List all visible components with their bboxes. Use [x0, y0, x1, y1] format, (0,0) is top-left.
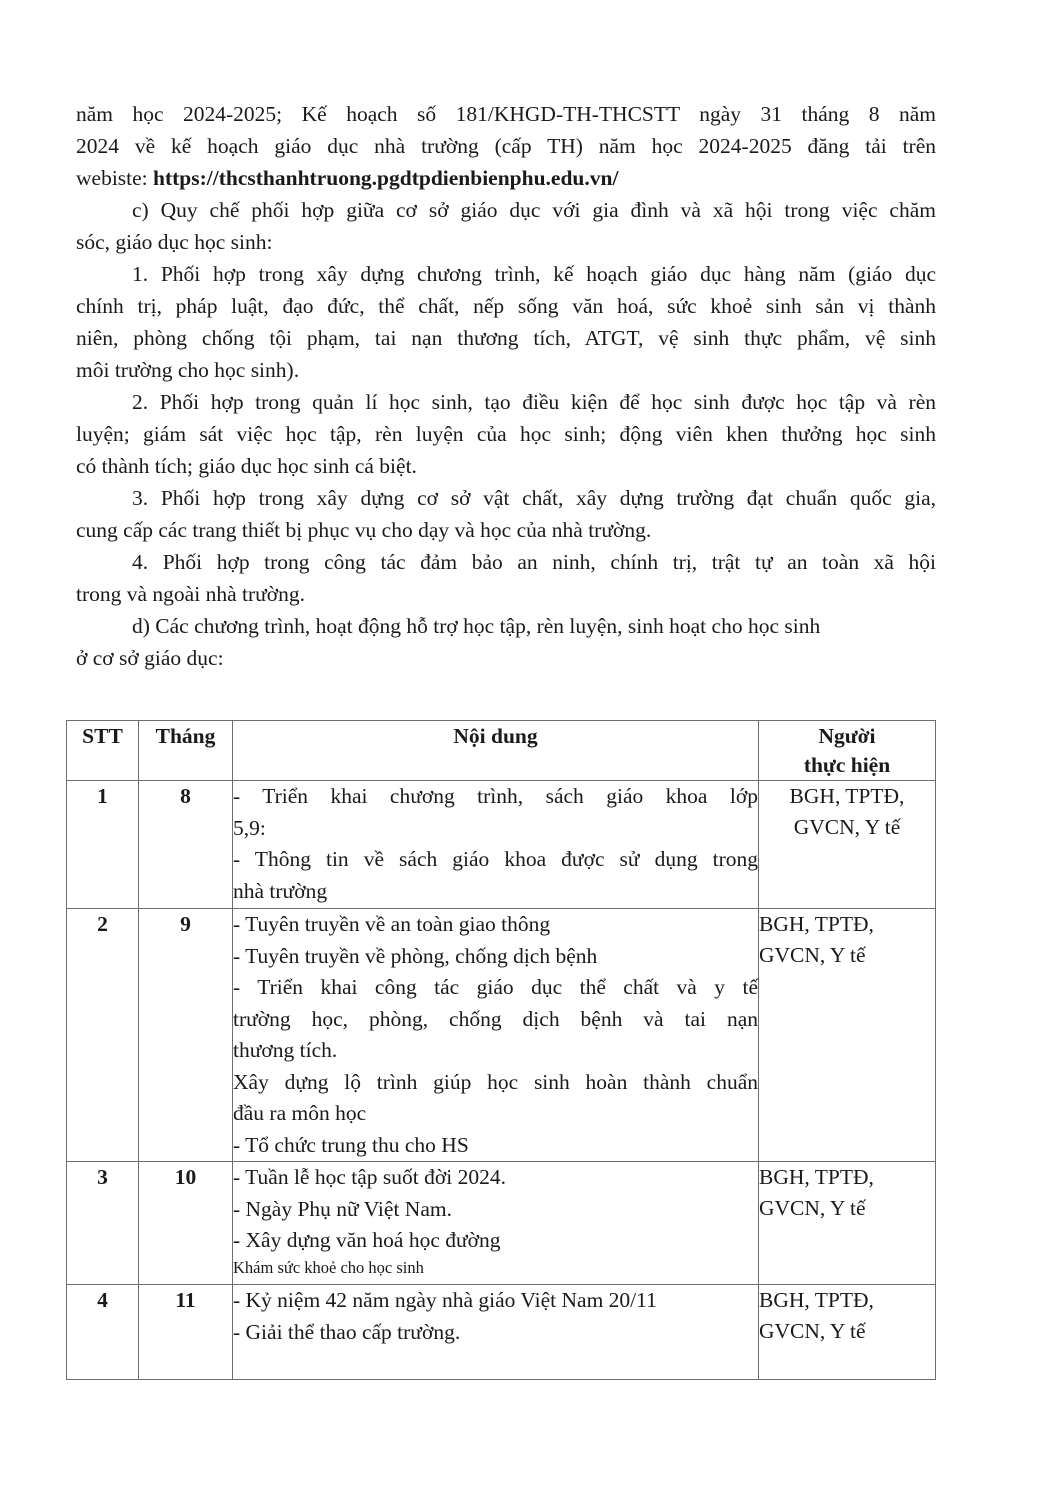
cell-month: 8 — [139, 781, 233, 909]
content-line: - Tổ chức trung thu cho HS — [233, 1130, 758, 1162]
intro-line-2: 2024 về kế hoạch giáo dục nhà trường (cấ… — [76, 130, 936, 162]
cell-owner: BGH, TPTĐ, GVCN, Y tế — [759, 909, 936, 1162]
cell-content: - Triển khai chương trình, sách giáo kho… — [233, 781, 759, 909]
body-text: năm học 2024-2025; Kế hoạch số 181/KHGD-… — [76, 98, 936, 674]
owner-line: GVCN, Y tế — [759, 1193, 935, 1224]
content-line: - Tuần lễ học tập suốt đời 2024. — [233, 1162, 758, 1194]
content-line: - Xây dựng văn hoá học đường — [233, 1225, 758, 1257]
content-line: - Giải thể thao cấp trường. — [233, 1317, 758, 1349]
item-2-line-1: 2. Phối hợp trong quản lí học sinh, tạo … — [76, 386, 936, 418]
content-line: 5,9: — [233, 813, 758, 845]
content-line: - Ngày Phụ nữ Việt Nam. — [233, 1194, 758, 1226]
item-4-line-1: 4. Phối hợp trong công tác đảm bảo an ni… — [76, 546, 936, 578]
table-row: 3 10 - Tuần lễ học tập suốt đời 2024. - … — [67, 1162, 936, 1285]
content-line: - Triển khai công tác giáo dục thể chất … — [233, 972, 758, 1004]
website-label: webiste: — [76, 166, 153, 190]
website-link[interactable]: https://thcsthanhtruong.pgdtpdienbienphu… — [153, 166, 618, 190]
owner-line: GVCN, Y tế — [759, 940, 935, 971]
owner-line: GVCN, Y tế — [759, 812, 935, 843]
item-1-line-3: niên, phòng chống tội phạm, tai nạn thươ… — [76, 322, 936, 354]
item-2-line-2: luyện; giám sát việc học tập, rèn luyện … — [76, 418, 936, 450]
header-owner: Người thực hiện — [759, 721, 936, 781]
cell-stt: 1 — [67, 781, 139, 909]
cell-owner: BGH, TPTĐ, GVCN, Y tế — [759, 1162, 936, 1285]
owner-line: BGH, TPTĐ, — [759, 1285, 935, 1316]
content-line: - Triển khai chương trình, sách giáo kho… — [233, 781, 758, 813]
cell-owner: BGH, TPTĐ, GVCN, Y tế — [759, 781, 936, 909]
activities-table: STT Tháng Nội dung Người thực hiện 1 8 -… — [66, 720, 936, 1380]
cell-content: - Tuần lễ học tập suốt đời 2024. - Ngày … — [233, 1162, 759, 1285]
content-line: trường học, phòng, chống dịch bệnh và ta… — [233, 1004, 758, 1036]
intro-line-1: năm học 2024-2025; Kế hoạch số 181/KHGD-… — [76, 98, 936, 130]
intro-line-3: webiste: https://thcsthanhtruong.pgdtpdi… — [76, 162, 936, 194]
document-page: năm học 2024-2025; Kế hoạch số 181/KHGD-… — [0, 0, 1061, 1500]
cell-month: 9 — [139, 909, 233, 1162]
table-row: 2 9 - Tuyên truyền về an toàn giao thông… — [67, 909, 936, 1162]
section-c-line-1: c) Quy chế phối hợp giữa cơ sở giáo dục … — [76, 194, 936, 226]
header-owner-line-1: Người — [759, 722, 935, 751]
owner-line: BGH, TPTĐ, — [759, 1162, 935, 1193]
content-line: - Tuyên truyền về phòng, chống dịch bệnh — [233, 941, 758, 973]
content-line: thương tích. — [233, 1035, 758, 1067]
table-row: 1 8 - Triển khai chương trình, sách giáo… — [67, 781, 936, 909]
content-line: - Thông tin về sách giáo khoa được sử dụ… — [233, 844, 758, 876]
table-header-row: STT Tháng Nội dung Người thực hiện — [67, 721, 936, 781]
content-line: Khám sức khoẻ cho học sinh — [233, 1257, 758, 1279]
item-3-line-2: cung cấp các trang thiết bị phục vụ cho … — [76, 514, 936, 546]
cell-owner: BGH, TPTĐ, GVCN, Y tế — [759, 1285, 936, 1380]
item-4-line-2: trong và ngoài nhà trường. — [76, 578, 936, 610]
header-owner-line-2: thực hiện — [759, 751, 935, 780]
owner-line: GVCN, Y tế — [759, 1316, 935, 1347]
section-c-line-2: sóc, giáo dục học sinh: — [76, 226, 936, 258]
item-3-line-1: 3. Phối hợp trong xây dựng cơ sở vật chấ… — [76, 482, 936, 514]
item-1-line-4: môi trường cho học sinh). — [76, 354, 936, 386]
cell-month: 10 — [139, 1162, 233, 1285]
header-stt: STT — [67, 721, 139, 781]
cell-stt: 3 — [67, 1162, 139, 1285]
cell-month: 11 — [139, 1285, 233, 1380]
cell-stt: 2 — [67, 909, 139, 1162]
content-line: - Tuyên truyền về an toàn giao thông — [233, 909, 758, 941]
header-content: Nội dung — [233, 721, 759, 781]
section-d-line-2: ở cơ sở giáo dục: — [76, 642, 936, 674]
table-row: 4 11 - Kỷ niệm 42 năm ngày nhà giáo Việt… — [67, 1285, 936, 1380]
content-line: đầu ra môn học — [233, 1098, 758, 1130]
item-1-line-2: chính trị, pháp luật, đạo đức, thể chất,… — [76, 290, 936, 322]
item-1-line-1: 1. Phối hợp trong xây dựng chương trình,… — [76, 258, 936, 290]
content-line: Xây dựng lộ trình giúp học sinh hoàn thà… — [233, 1067, 758, 1099]
cell-content: - Tuyên truyền về an toàn giao thông - T… — [233, 909, 759, 1162]
owner-line: BGH, TPTĐ, — [759, 781, 935, 812]
section-d-line-1: d) Các chương trình, hoạt động hỗ trợ họ… — [76, 610, 936, 642]
item-2-line-3: có thành tích; giáo dục học sinh cá biệt… — [76, 450, 936, 482]
cell-stt: 4 — [67, 1285, 139, 1380]
content-line: - Kỷ niệm 42 năm ngày nhà giáo Việt Nam … — [233, 1285, 758, 1317]
header-month: Tháng — [139, 721, 233, 781]
owner-line: BGH, TPTĐ, — [759, 909, 935, 940]
cell-content: - Kỷ niệm 42 năm ngày nhà giáo Việt Nam … — [233, 1285, 759, 1380]
content-line: nhà trường — [233, 876, 758, 908]
